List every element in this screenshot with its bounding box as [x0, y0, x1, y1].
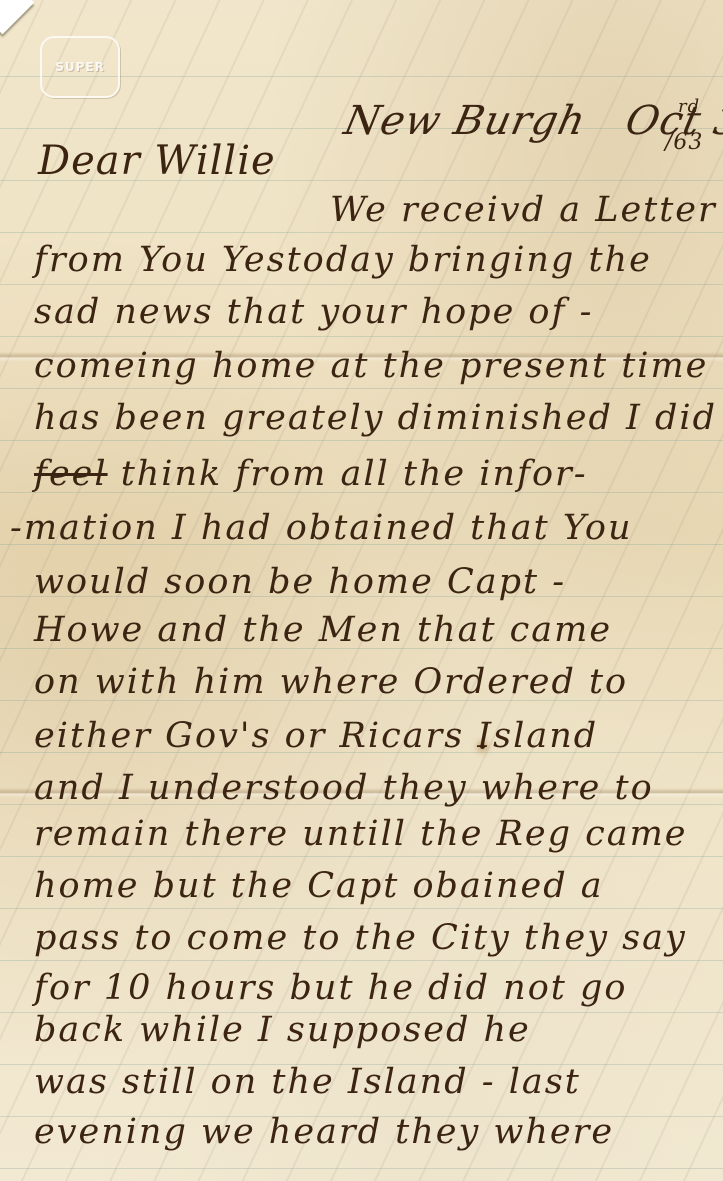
body-line-11: either Gov's or Ricars Island — [34, 716, 598, 756]
body-line-1: We receivd a Letter — [330, 190, 717, 230]
body-line-4: comeing home at the present time — [34, 346, 708, 386]
folded-corner — [0, 0, 34, 34]
body-line-15: pass to come to the City they say — [34, 918, 687, 958]
body-line-19: evening we heard they where — [34, 1112, 614, 1152]
body-line-2: from You Yestoday bringing the — [34, 240, 652, 280]
salutation: Dear Willie — [38, 138, 276, 184]
body-line-5: has been greately diminished I did — [34, 398, 717, 438]
body-line-7: -mation I had obtained that You — [10, 508, 633, 548]
body-line-16: for 10 hours but he did not go — [34, 968, 627, 1008]
letter-place: New Burgh — [340, 98, 590, 144]
body-line-14: home but the Capt obained a — [34, 866, 604, 906]
letter-page: SUPER New Burgh Oct 3 rd /63 Dear Willie… — [0, 0, 723, 1181]
body-line-10: on with him where Ordered to — [34, 662, 628, 702]
body-line-8: would soon be home Capt - — [34, 562, 566, 602]
body-line-9: Howe and the Men that came — [34, 610, 612, 650]
body-line-3: sad news that your hope of - — [34, 292, 593, 332]
struck-word: feel — [34, 454, 108, 494]
body-line-6-text: think from all the infor- — [108, 454, 588, 494]
body-line-13: remain there untill the Reg came — [34, 814, 688, 854]
body-line-18: was still on the Island - last — [34, 1062, 581, 1102]
letter-year: /63 — [665, 130, 703, 155]
body-line-6: feel think from all the infor- — [34, 454, 588, 494]
body-line-17: back while I supposed he — [34, 1010, 531, 1050]
embossed-stamp: SUPER — [40, 36, 120, 98]
date-superscript: rd — [678, 96, 700, 117]
body-line-12: and I understood they where to — [34, 768, 654, 808]
